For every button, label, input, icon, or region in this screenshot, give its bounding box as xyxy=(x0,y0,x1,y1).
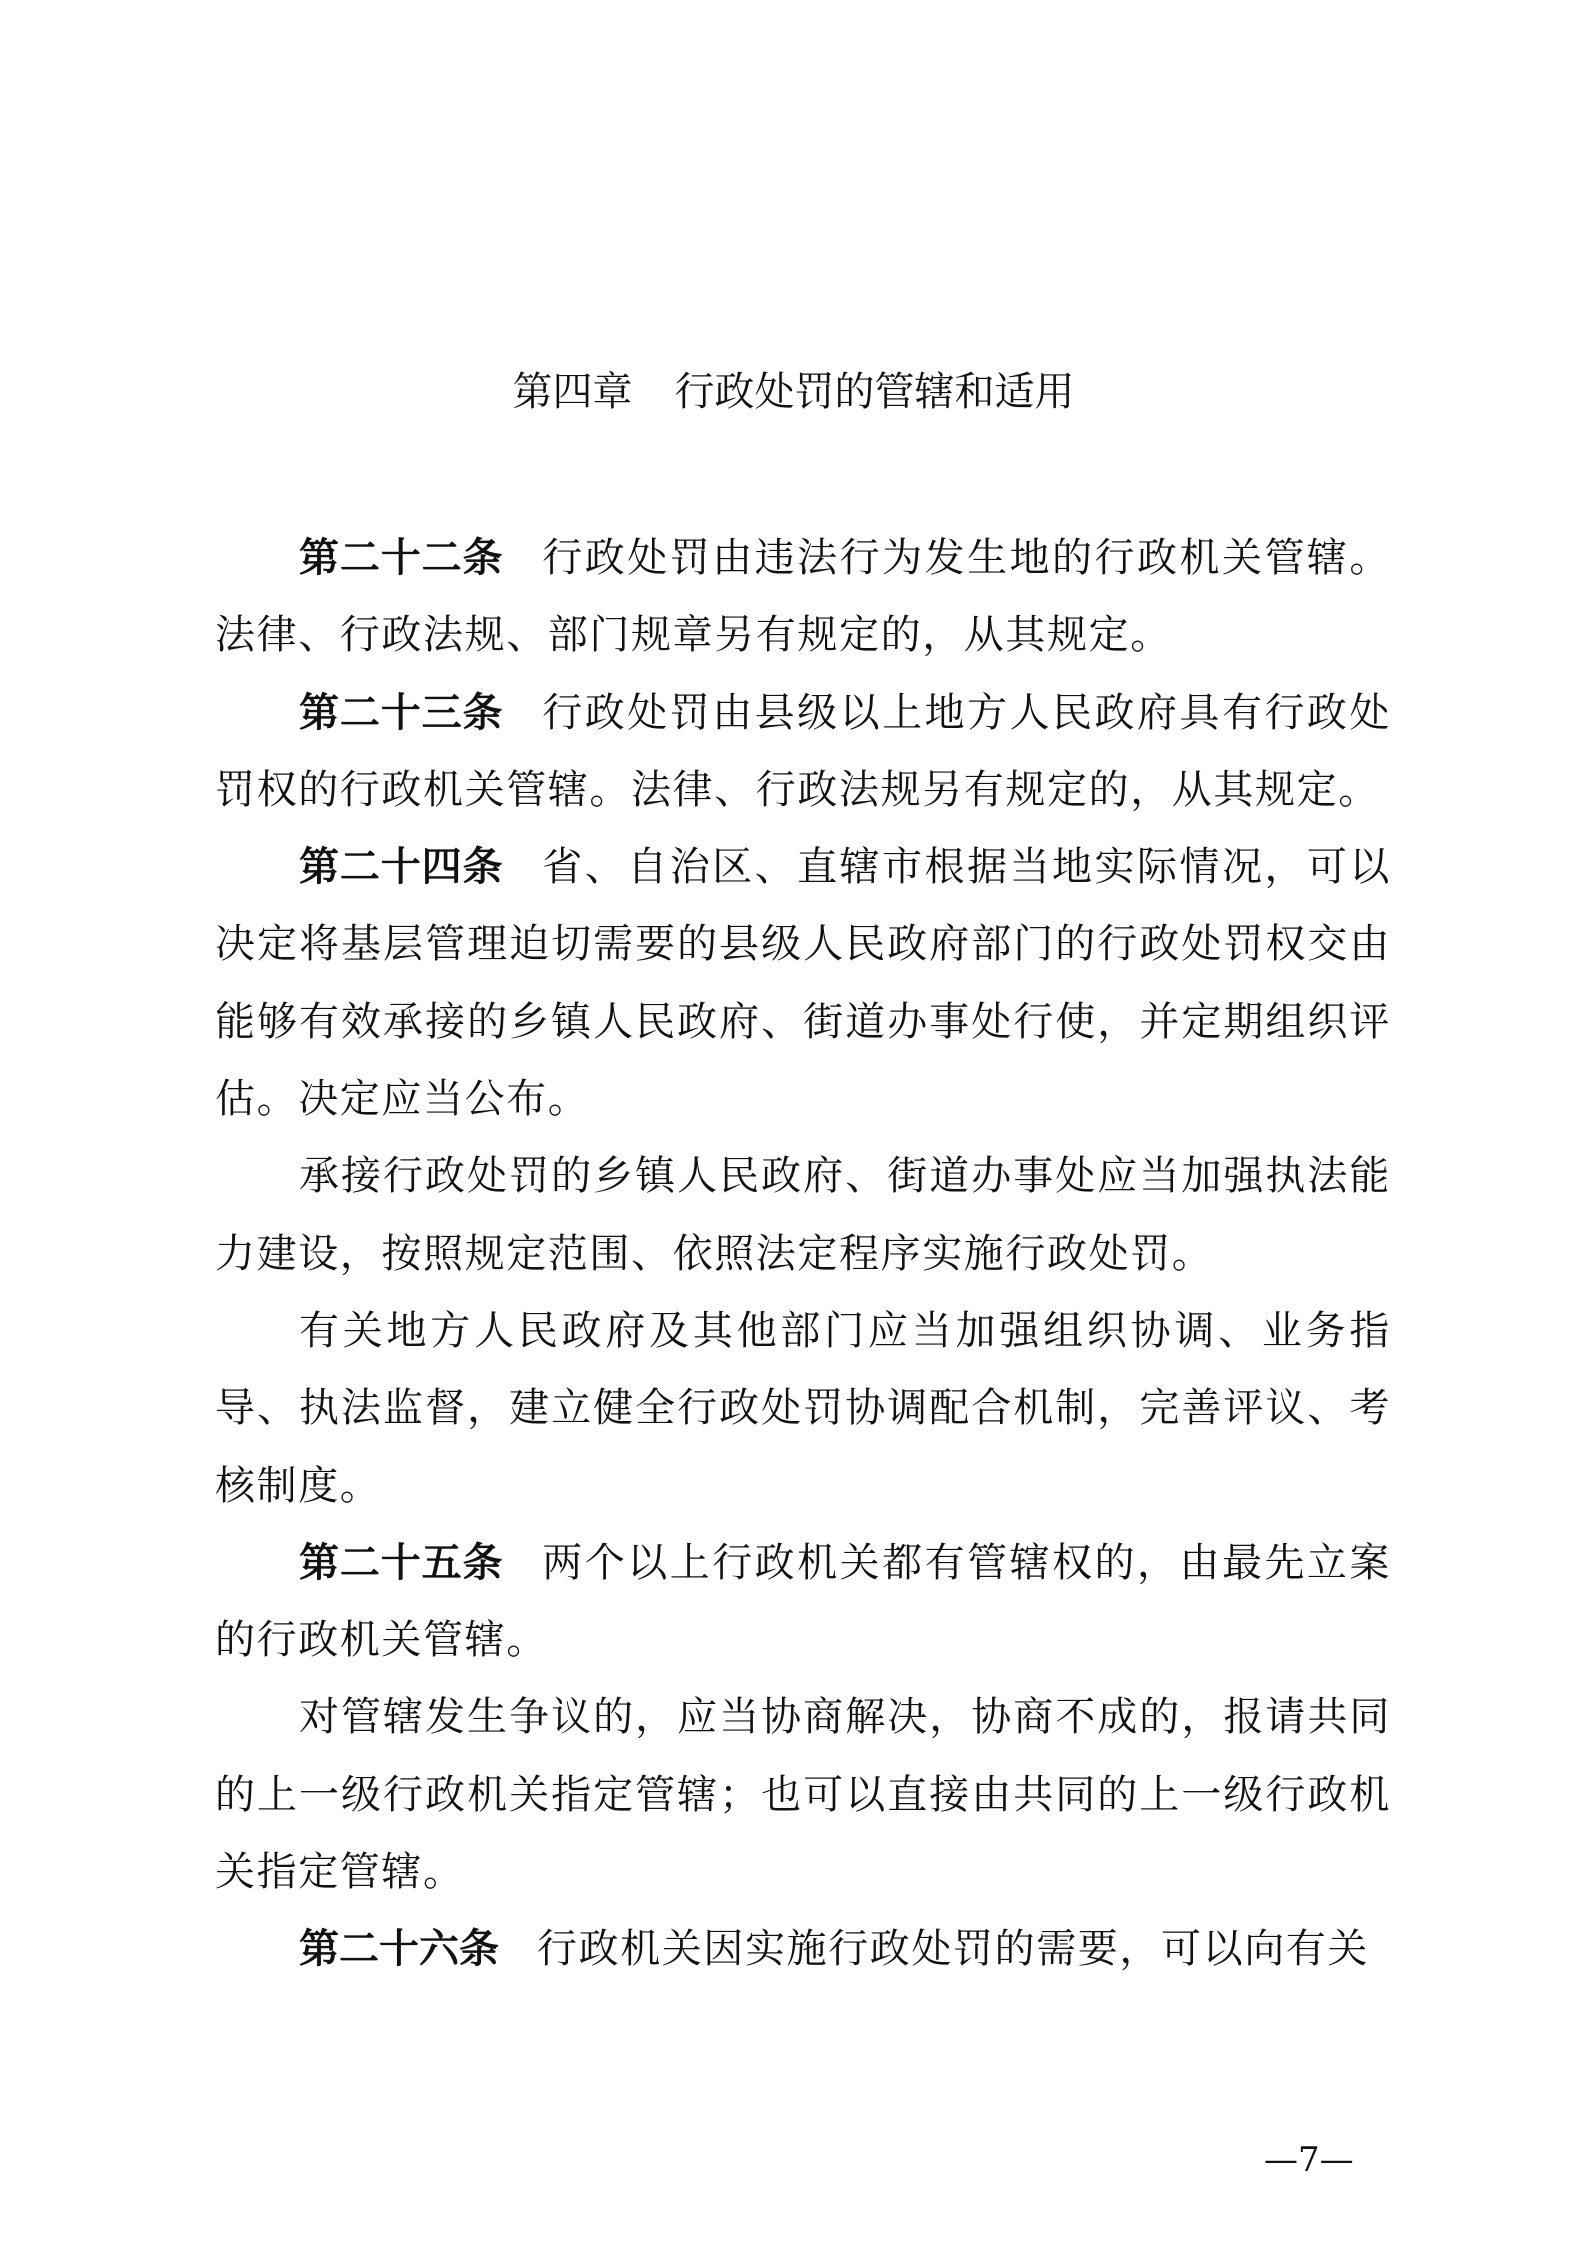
article-24-clause-3: 有关地方人民政府及其他部门应当加强组织协调、业务指导、执法监督，建立健全行政处罚… xyxy=(215,1293,1391,1525)
page-number: —7— xyxy=(1264,2140,1354,2180)
article-24-clause-2: 承接行政处罚的乡镇人民政府、街道办事处应当加强执法能力建设，按照规定范围、依照法… xyxy=(215,1138,1391,1293)
article-22-paragraph: 第二十二条行政处罚由违法行为发生地的行政机关管辖。法律、行政法规、部门规章另有规… xyxy=(215,520,1391,675)
article-number: 第二十三条 xyxy=(299,690,503,736)
paragraph-text: 承接行政处罚的乡镇人民政府、街道办事处应当加强执法能力建设，按照规定范围、依照法… xyxy=(215,1153,1391,1276)
article-25-paragraph: 第二十五条两个以上行政机关都有管辖权的，由最先立案的行政机关管辖。 xyxy=(215,1525,1391,1680)
document-page: 第四章行政处罚的管辖和适用 第二十二条行政处罚由违法行为发生地的行政机关管辖。法… xyxy=(0,0,1587,2245)
article-number: 第二十四条 xyxy=(299,844,503,890)
article-23-paragraph: 第二十三条行政处罚由县级以上地方人民政府具有行政处罚权的行政机关管辖。法律、行政… xyxy=(215,675,1391,830)
article-26-paragraph: 第二十六条行政机关因实施行政处罚的需要，可以向有关 xyxy=(215,1911,1391,1988)
paragraph-text: 行政机关因实施行政处罚的需要，可以向有关 xyxy=(537,1926,1369,1972)
article-number: 第二十二条 xyxy=(299,535,503,581)
body-text: 第二十二条行政处罚由违法行为发生地的行政机关管辖。法律、行政法规、部门规章另有规… xyxy=(215,520,1391,1989)
chapter-number: 第四章 xyxy=(513,369,633,415)
chapter-title: 第四章行政处罚的管辖和适用 xyxy=(0,362,1587,422)
paragraph-text: 对管辖发生争议的，应当协商解决，协商不成的，报请共同的上一级行政机关指定管辖；也… xyxy=(215,1694,1391,1895)
chapter-name: 行政处罚的管辖和适用 xyxy=(675,369,1075,415)
paragraph-text: 有关地方人民政府及其他部门应当加强组织协调、业务指导、执法监督，建立健全行政处罚… xyxy=(215,1308,1391,1509)
article-24-paragraph: 第二十四条省、自治区、直辖市根据当地实际情况，可以决定将基层管理迫切需要的县级人… xyxy=(215,829,1391,1138)
article-25-clause-2: 对管辖发生争议的，应当协商解决，协商不成的，报请共同的上一级行政机关指定管辖；也… xyxy=(215,1679,1391,1911)
article-number: 第二十五条 xyxy=(299,1540,503,1586)
article-number: 第二十六条 xyxy=(299,1926,499,1972)
